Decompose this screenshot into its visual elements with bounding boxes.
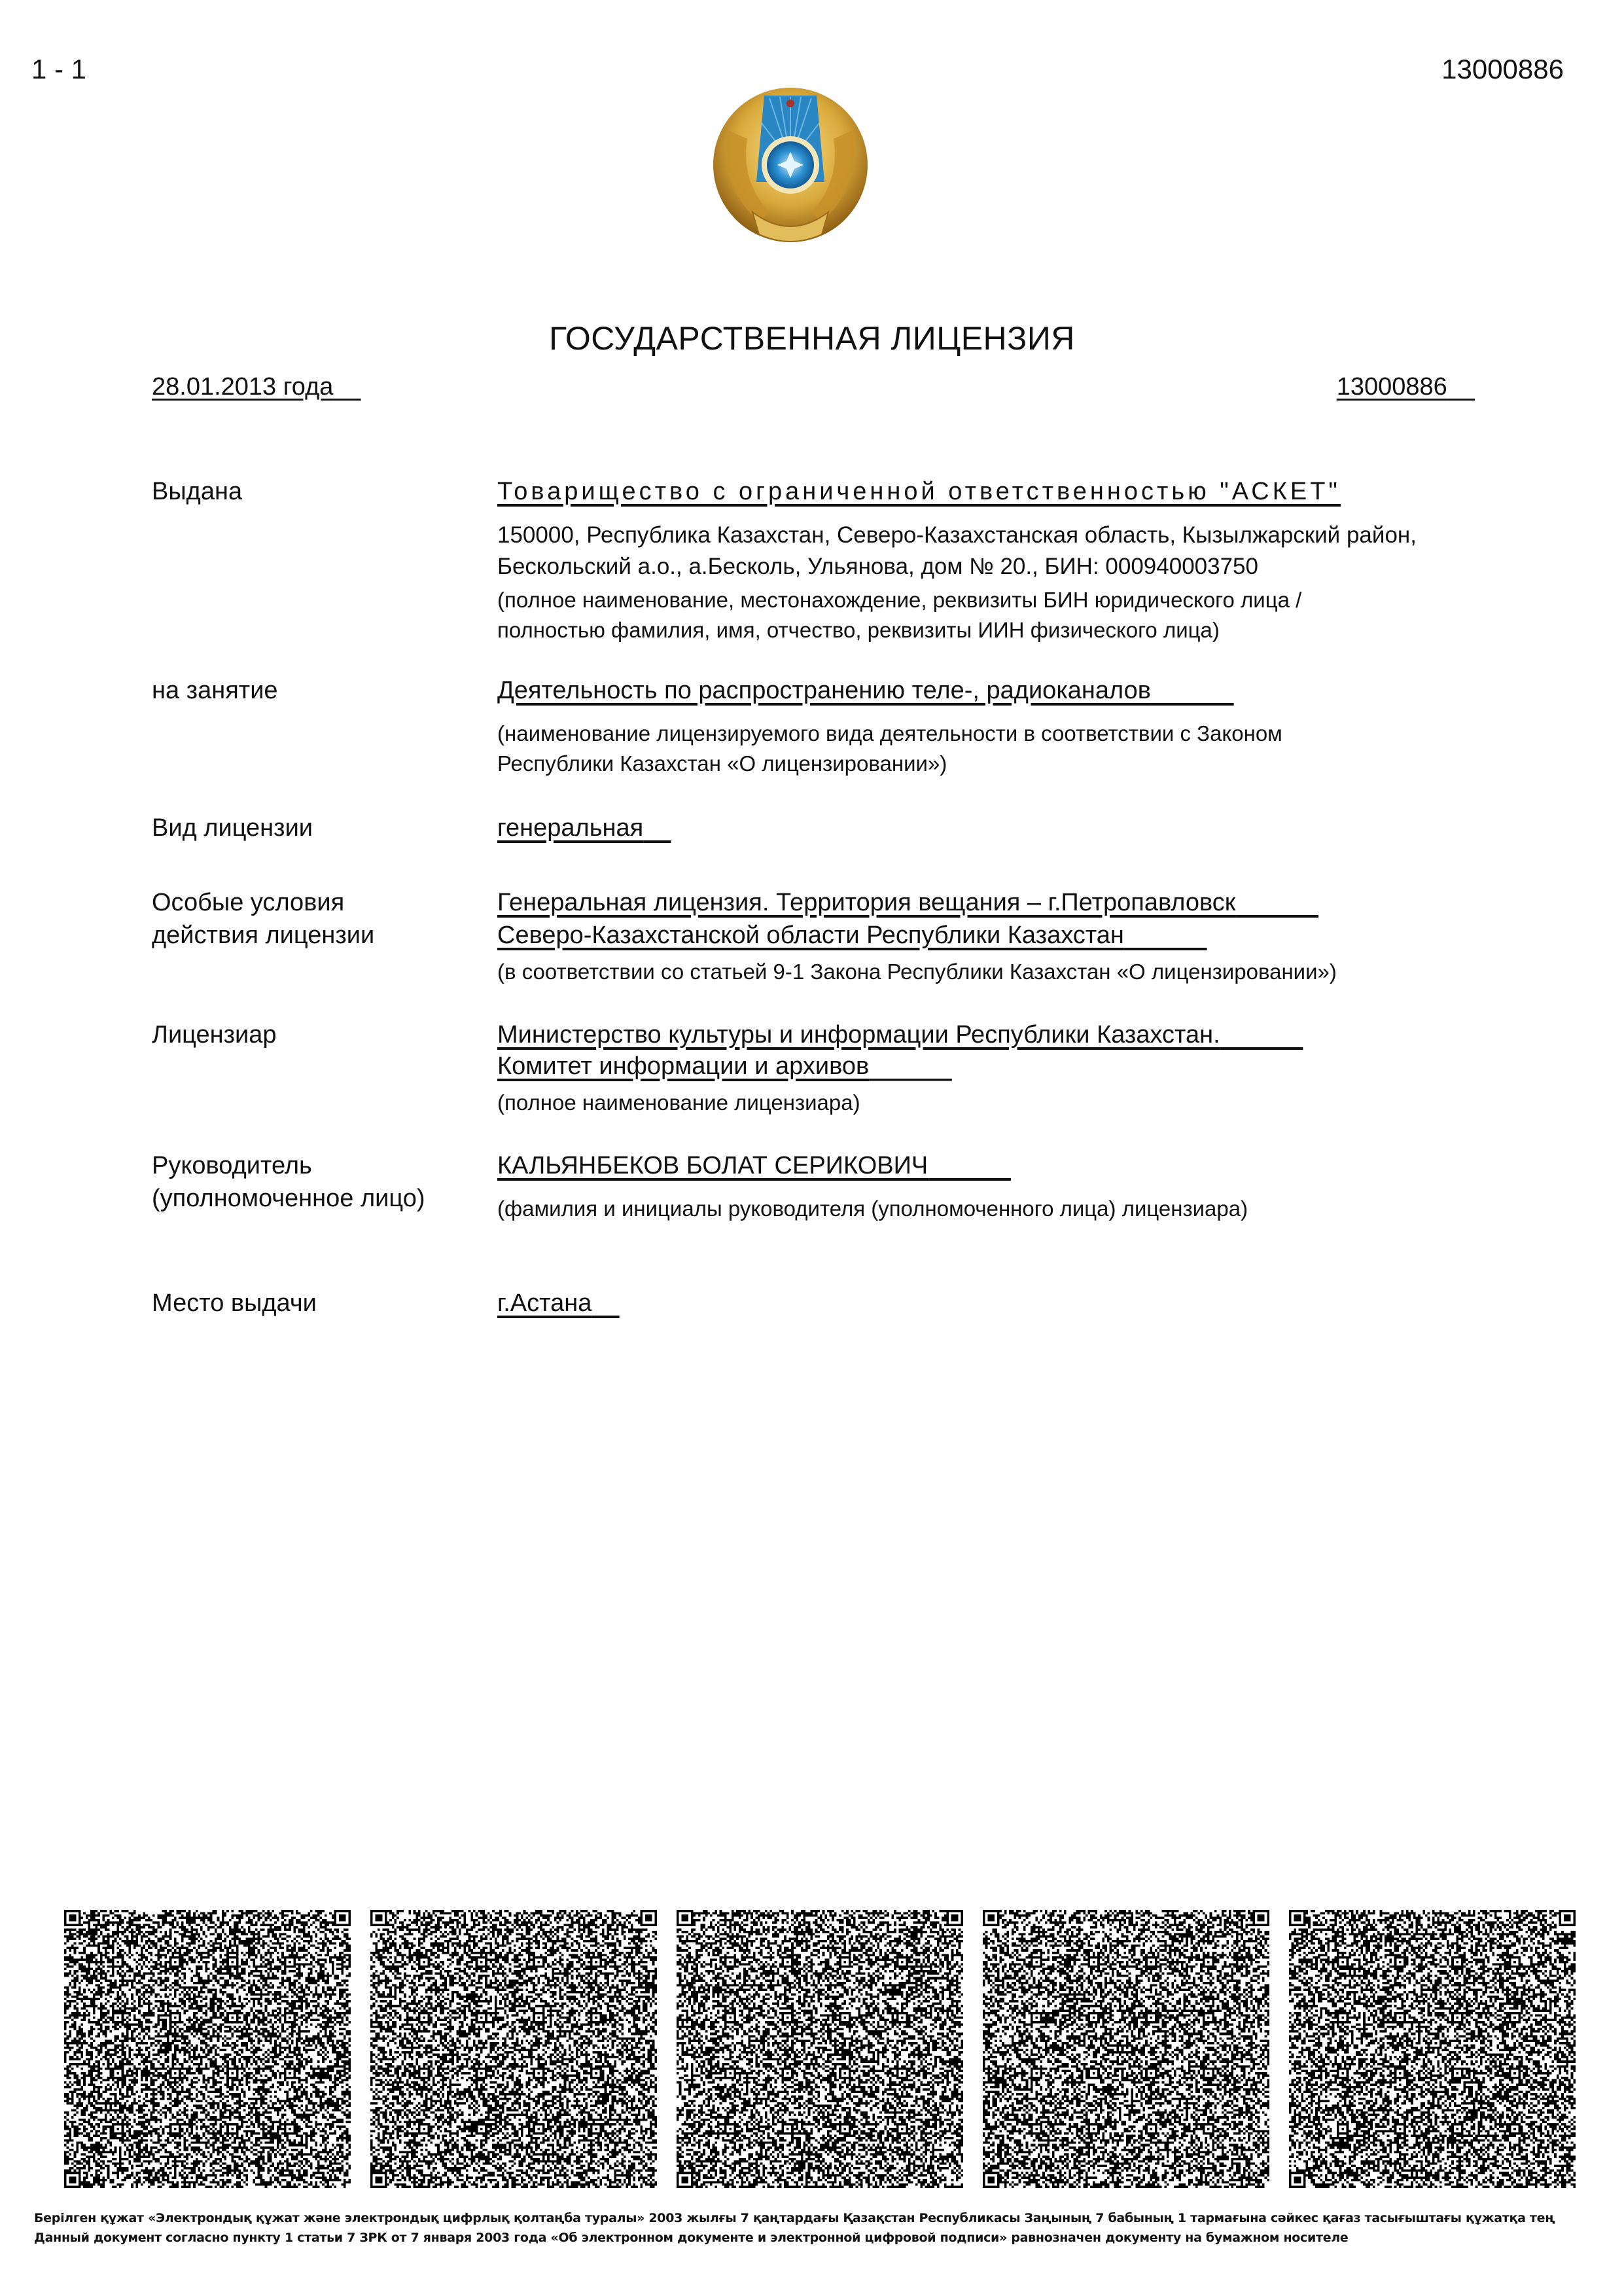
special-conditions-label-line1: Особые условия — [152, 886, 344, 919]
qr-code-strip — [64, 1910, 1576, 2188]
qr-code-icon — [370, 1910, 657, 2188]
activity-note-line1: (наименование лицензируемого вида деятел… — [497, 719, 1282, 749]
issued-to-address-line1: 150000, Республика Казахстан, Северо-Каз… — [497, 520, 1417, 551]
license-type-value: генеральная — [497, 812, 671, 844]
activity-label: на занятие — [152, 674, 278, 707]
footer-kazakh-notice: Берілген құжат «Электрондық құжат және э… — [34, 2211, 1555, 2225]
page-title: ГОСУДАРСТВЕННАЯ ЛИЦЕНЗИЯ — [0, 319, 1624, 357]
license-type-label: Вид лицензии — [152, 812, 313, 844]
footer-russian-notice: Данный документ согласно пункту 1 статьи… — [34, 2231, 1349, 2245]
qr-code-icon — [1289, 1910, 1576, 2188]
qr-code-icon — [677, 1910, 963, 2188]
issue-date: 28.01.2013 года — [152, 373, 361, 401]
licensor-label: Лицензиар — [152, 1018, 277, 1051]
place-of-issue-value: г.Астана — [497, 1287, 620, 1319]
state-emblem-icon — [707, 84, 874, 251]
head-label-line2: (уполномоченное лицо) — [152, 1182, 425, 1215]
special-conditions-value-line2: Северо-Казахстанской области Республики … — [497, 919, 1207, 952]
issued-to-note-line1: (полное наименование, местонахождение, р… — [497, 585, 1301, 615]
special-conditions-label-line2: действия лицензии — [152, 919, 374, 952]
issued-to-label: Выдана — [152, 475, 242, 508]
place-of-issue-label: Место выдачи — [152, 1287, 317, 1319]
issued-to-value: Товарищество с ограниченной ответственно… — [497, 475, 1341, 508]
special-conditions-value-line1: Генеральная лицензия. Территория вещания… — [497, 886, 1318, 919]
qr-code-icon — [64, 1910, 351, 2188]
document-number: 13000886 — [1441, 54, 1564, 85]
license-number: 13000886 — [1337, 373, 1475, 401]
activity-note-line2: Республики Казахстан «О лицензировании») — [497, 749, 947, 779]
head-value: КАЛЬЯНБЕКОВ БОЛАТ СЕРИКОВИЧ — [497, 1149, 1011, 1182]
qr-code-icon — [983, 1910, 1269, 2188]
issued-to-address-line2: Бескольский а.о., а.Бесколь, Ульянова, д… — [497, 551, 1258, 583]
head-label-line1: Руководитель — [152, 1149, 312, 1182]
licensor-value-line2: Комитет информации и архивов — [497, 1050, 952, 1083]
activity-value: Деятельность по распространению теле-, р… — [497, 674, 1234, 707]
licensor-note: (полное наименование лицензиара) — [497, 1088, 860, 1118]
head-note: (фамилия и инициалы руководителя (уполно… — [497, 1194, 1248, 1224]
licensor-value-line1: Министерство культуры и информации Респу… — [497, 1018, 1303, 1051]
special-conditions-note: (в соответствии со статьей 9-1 Закона Ре… — [497, 957, 1337, 987]
issued-to-note-line2: полностью фамилия, имя, отчество, реквиз… — [497, 615, 1220, 645]
page-indicator: 1 - 1 — [31, 54, 86, 85]
